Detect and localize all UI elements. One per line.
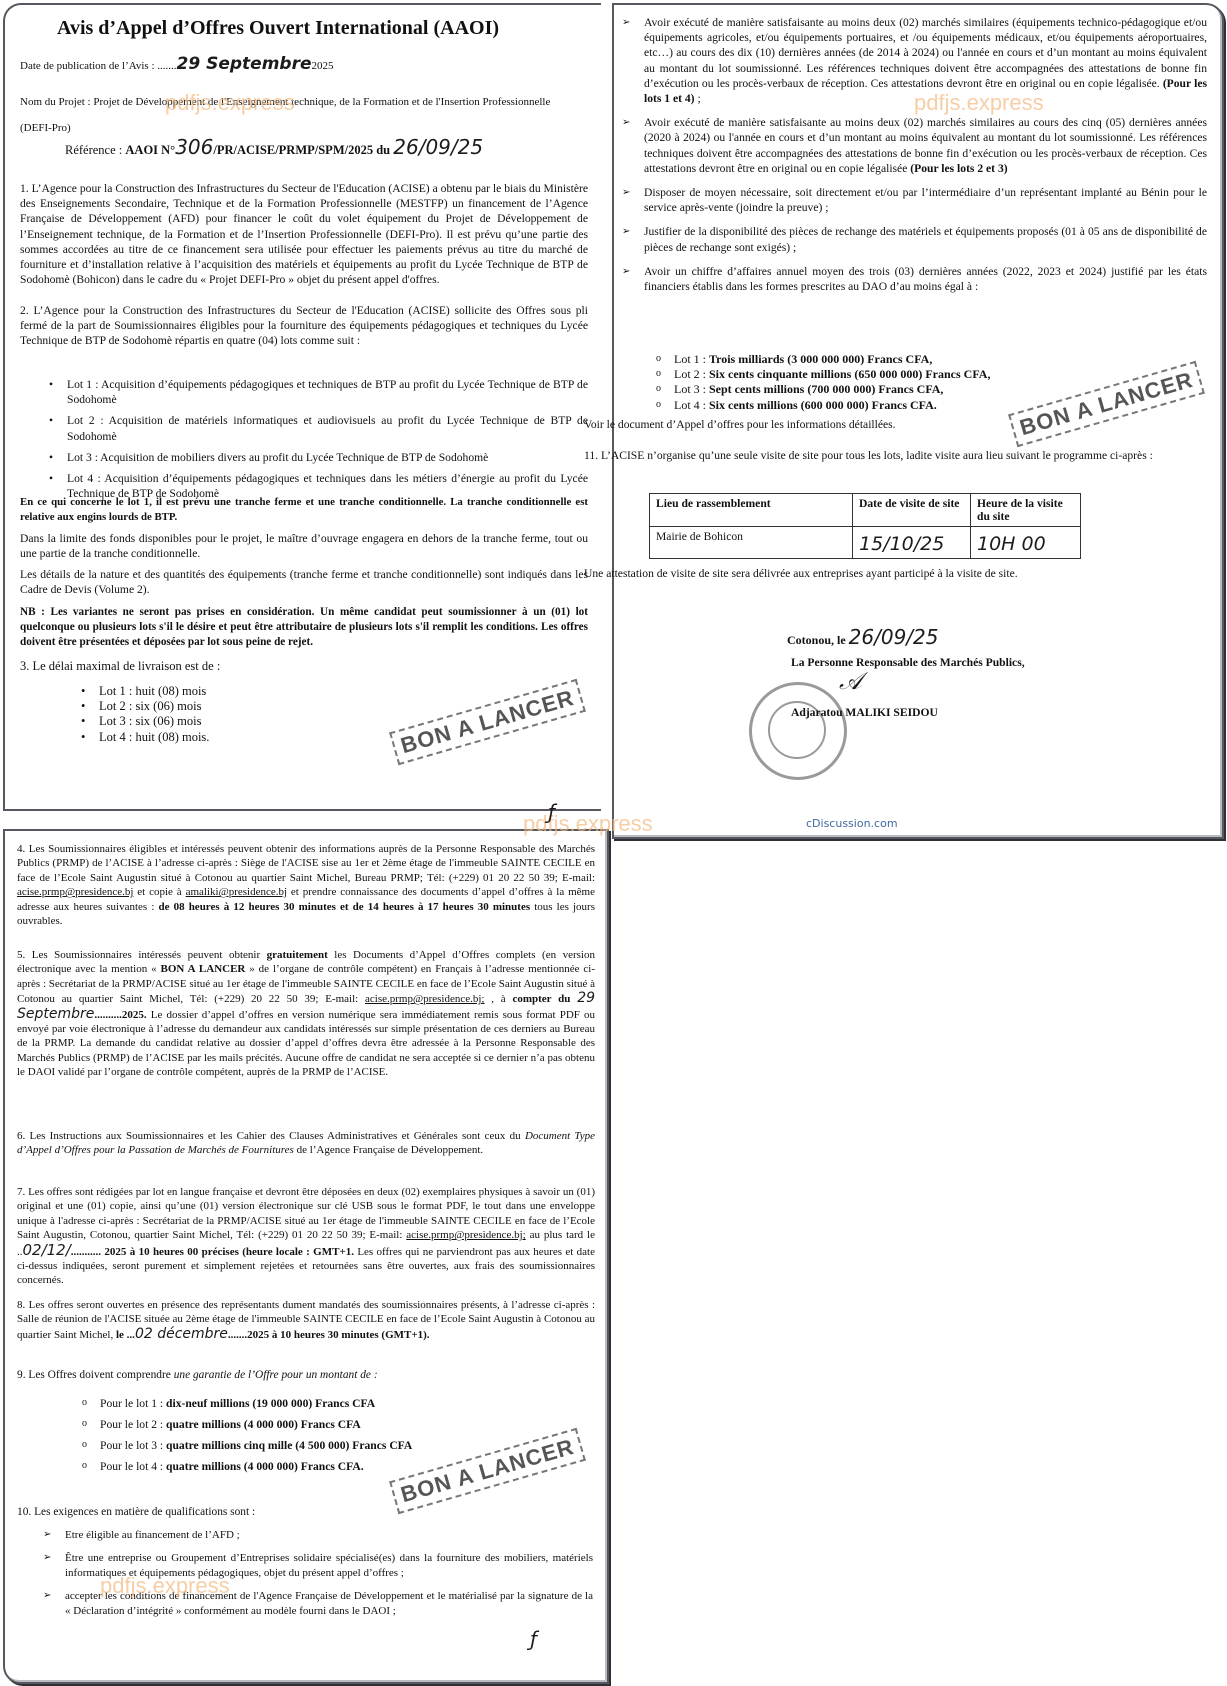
- publication-date: Date de publication de l’Avis : .......2…: [20, 57, 580, 74]
- site-visit-table: Lieu de rassemblement Date de visite de …: [649, 493, 1081, 559]
- signer-title: La Personne Responsable des Marchés Publ…: [791, 655, 1091, 670]
- email-link[interactable]: acise.prmp@presidence.bj: [17, 886, 133, 898]
- requirement-item: Avoir exécuté de manière satisfaisante a…: [622, 115, 1207, 176]
- delivery-list: Lot 1 : huit (08) mois Lot 2 : six (06) …: [77, 684, 377, 745]
- signature-date-handwritten: 26/09/25: [849, 625, 939, 649]
- turnover-item: Lot 1 : Trois milliards (3 000 000 000) …: [654, 352, 1074, 367]
- signature-place-date: Cotonou, le 26/09/25: [787, 630, 1087, 648]
- delivery-item: Lot 4 : huit (08) mois.: [77, 730, 377, 745]
- notice-title: Avis d’Appel d’Offres Ouvert Internation…: [57, 17, 499, 40]
- paragraph-8: 8. Les offres seront ouvertes en présenc…: [17, 1298, 595, 1342]
- watermark: pdfjs.express: [100, 1573, 230, 1599]
- funds-note: Dans la limite des fonds disponibles pou…: [20, 531, 588, 561]
- lot1-note: En ce qui concerne le lot 1, il est prév…: [20, 495, 588, 525]
- visit-date-handwritten: 15/10/25: [853, 527, 971, 559]
- visit-attestation-note: Une attestation de visite de site sera d…: [584, 566, 1209, 581]
- paragraph-2: 2. L’Agence pour la Construction des Inf…: [20, 303, 588, 349]
- publication-date-handwritten: 29 Septembre: [177, 54, 312, 74]
- watermark: pdfjs.express: [523, 811, 653, 837]
- paragraph-7: 7. Les offres sont rédigées par lot en l…: [17, 1185, 595, 1288]
- requirement-item: Avoir un chiffre d’affaires annuel moyen…: [622, 264, 1207, 294]
- email-link[interactable]: acise.prmp@presidence.bj;: [365, 993, 484, 1005]
- details-note: Les détails de la nature et des quantité…: [20, 567, 588, 597]
- email-link[interactable]: amaliki@presidence.bj: [186, 886, 287, 898]
- qualification-item: Etre éligible au financement de l’AFD ;: [43, 1528, 593, 1542]
- lot-item: Lot 3 : Acquisition de mobiliers divers …: [45, 450, 588, 465]
- visit-time-handwritten: 10H 00: [971, 527, 1081, 559]
- header-location: Lieu de rassemblement: [650, 494, 853, 527]
- notice-page-3: pdfjs.express 4. Les Soumissionnaires él…: [3, 829, 609, 1684]
- requirements-list: Avoir exécuté de manière satisfaisante a…: [622, 15, 1207, 294]
- opening-date-handwritten: 02 décembre: [135, 1326, 228, 1342]
- official-seal: [749, 682, 847, 780]
- guarantee-item: Pour le lot 2 : quatre millions (4 000 0…: [80, 1414, 540, 1435]
- header-time: Heure de la visite du site: [971, 494, 1081, 527]
- requirement-item: Justifier de la disponibilité des pièces…: [622, 224, 1207, 254]
- paragraph-1: 1. L’Agence pour la Construction des Inf…: [20, 181, 588, 287]
- delivery-heading: 3. Le délai maximal de livraison est de …: [20, 659, 588, 674]
- paragraph-10: 10. Les exigences en matière de qualific…: [17, 1505, 595, 1520]
- reference-number-handwritten: 306: [175, 135, 213, 159]
- guarantee-item: Pour le lot 1 : dix-neuf millions (19 00…: [80, 1393, 540, 1414]
- turnover-item: Lot 3 : Sept cents millions (700 000 000…: [654, 382, 1074, 397]
- turnover-list: Lot 1 : Trois milliards (3 000 000 000) …: [654, 352, 1074, 413]
- header-date: Date de visite de site: [853, 494, 971, 527]
- notice-page-1: Avis d’Appel d’Offres Ouvert Internation…: [3, 3, 601, 811]
- lot-item: Lot 1 : Acquisition d’équipements pédago…: [45, 377, 588, 407]
- email-link[interactable]: acise.prmp@presidence.bj;: [406, 1229, 525, 1241]
- initials-mark: ƒ: [530, 1627, 537, 1651]
- notice-page-2: Avoir exécuté de manière satisfaisante a…: [612, 3, 1224, 839]
- site-watermark: cDiscussion.com: [806, 817, 898, 830]
- paragraph-4: 4. Les Soumissionnaires éligibles et int…: [17, 842, 595, 928]
- signature-scribble: 𝒜: [839, 667, 862, 695]
- paragraph-5: 5. Les Soumissionnaires intéressés peuve…: [17, 948, 595, 1080]
- bon-a-lancer-stamp: BON A LANCER: [389, 679, 586, 765]
- delivery-item: Lot 2 : six (06) mois: [77, 699, 377, 714]
- paragraph-11: 11. L’ACISE n’organise qu’une seule visi…: [584, 448, 1209, 463]
- deadline-date-handwritten: 02/12/: [23, 1241, 71, 1259]
- delivery-item: Lot 3 : six (06) mois: [77, 714, 377, 729]
- turnover-item: Lot 2 : Six cents cinquante millions (65…: [654, 367, 1074, 382]
- paragraph-9: 9. Les Offres doivent comprendre une gar…: [17, 1368, 595, 1383]
- reference: Référence : AAOI N°306/PR/ACISE/PRMP/SPM…: [65, 140, 605, 158]
- lots-list: Lot 1 : Acquisition d’équipements pédago…: [45, 377, 588, 507]
- nb-note: NB : Les variantes ne seront pas prises …: [20, 605, 588, 651]
- signer-name: Adjaratou MALIKI SEIDOU: [791, 705, 1091, 720]
- visit-location: Mairie de Bohicon: [650, 527, 853, 559]
- watermark: pdfjs.express: [914, 90, 1044, 116]
- paragraph-6: 6. Les Instructions aux Soumissionnaires…: [17, 1129, 595, 1158]
- reference-date-handwritten: 26/09/25: [393, 135, 483, 159]
- lot-item: Lot 2 : Acquisition de matériels informa…: [45, 413, 588, 443]
- requirement-item: Disposer de moyen nécessaire, soit direc…: [622, 185, 1207, 215]
- initials-mark: ƒ: [548, 800, 555, 824]
- watermark: pdfjs.express: [165, 90, 295, 116]
- turnover-item: Lot 4 : Six cents millions (600 000 000)…: [654, 398, 1074, 413]
- guarantee-item: Pour le lot 3 : quatre millions cinq mil…: [80, 1435, 540, 1456]
- delivery-item: Lot 1 : huit (08) mois: [77, 684, 377, 699]
